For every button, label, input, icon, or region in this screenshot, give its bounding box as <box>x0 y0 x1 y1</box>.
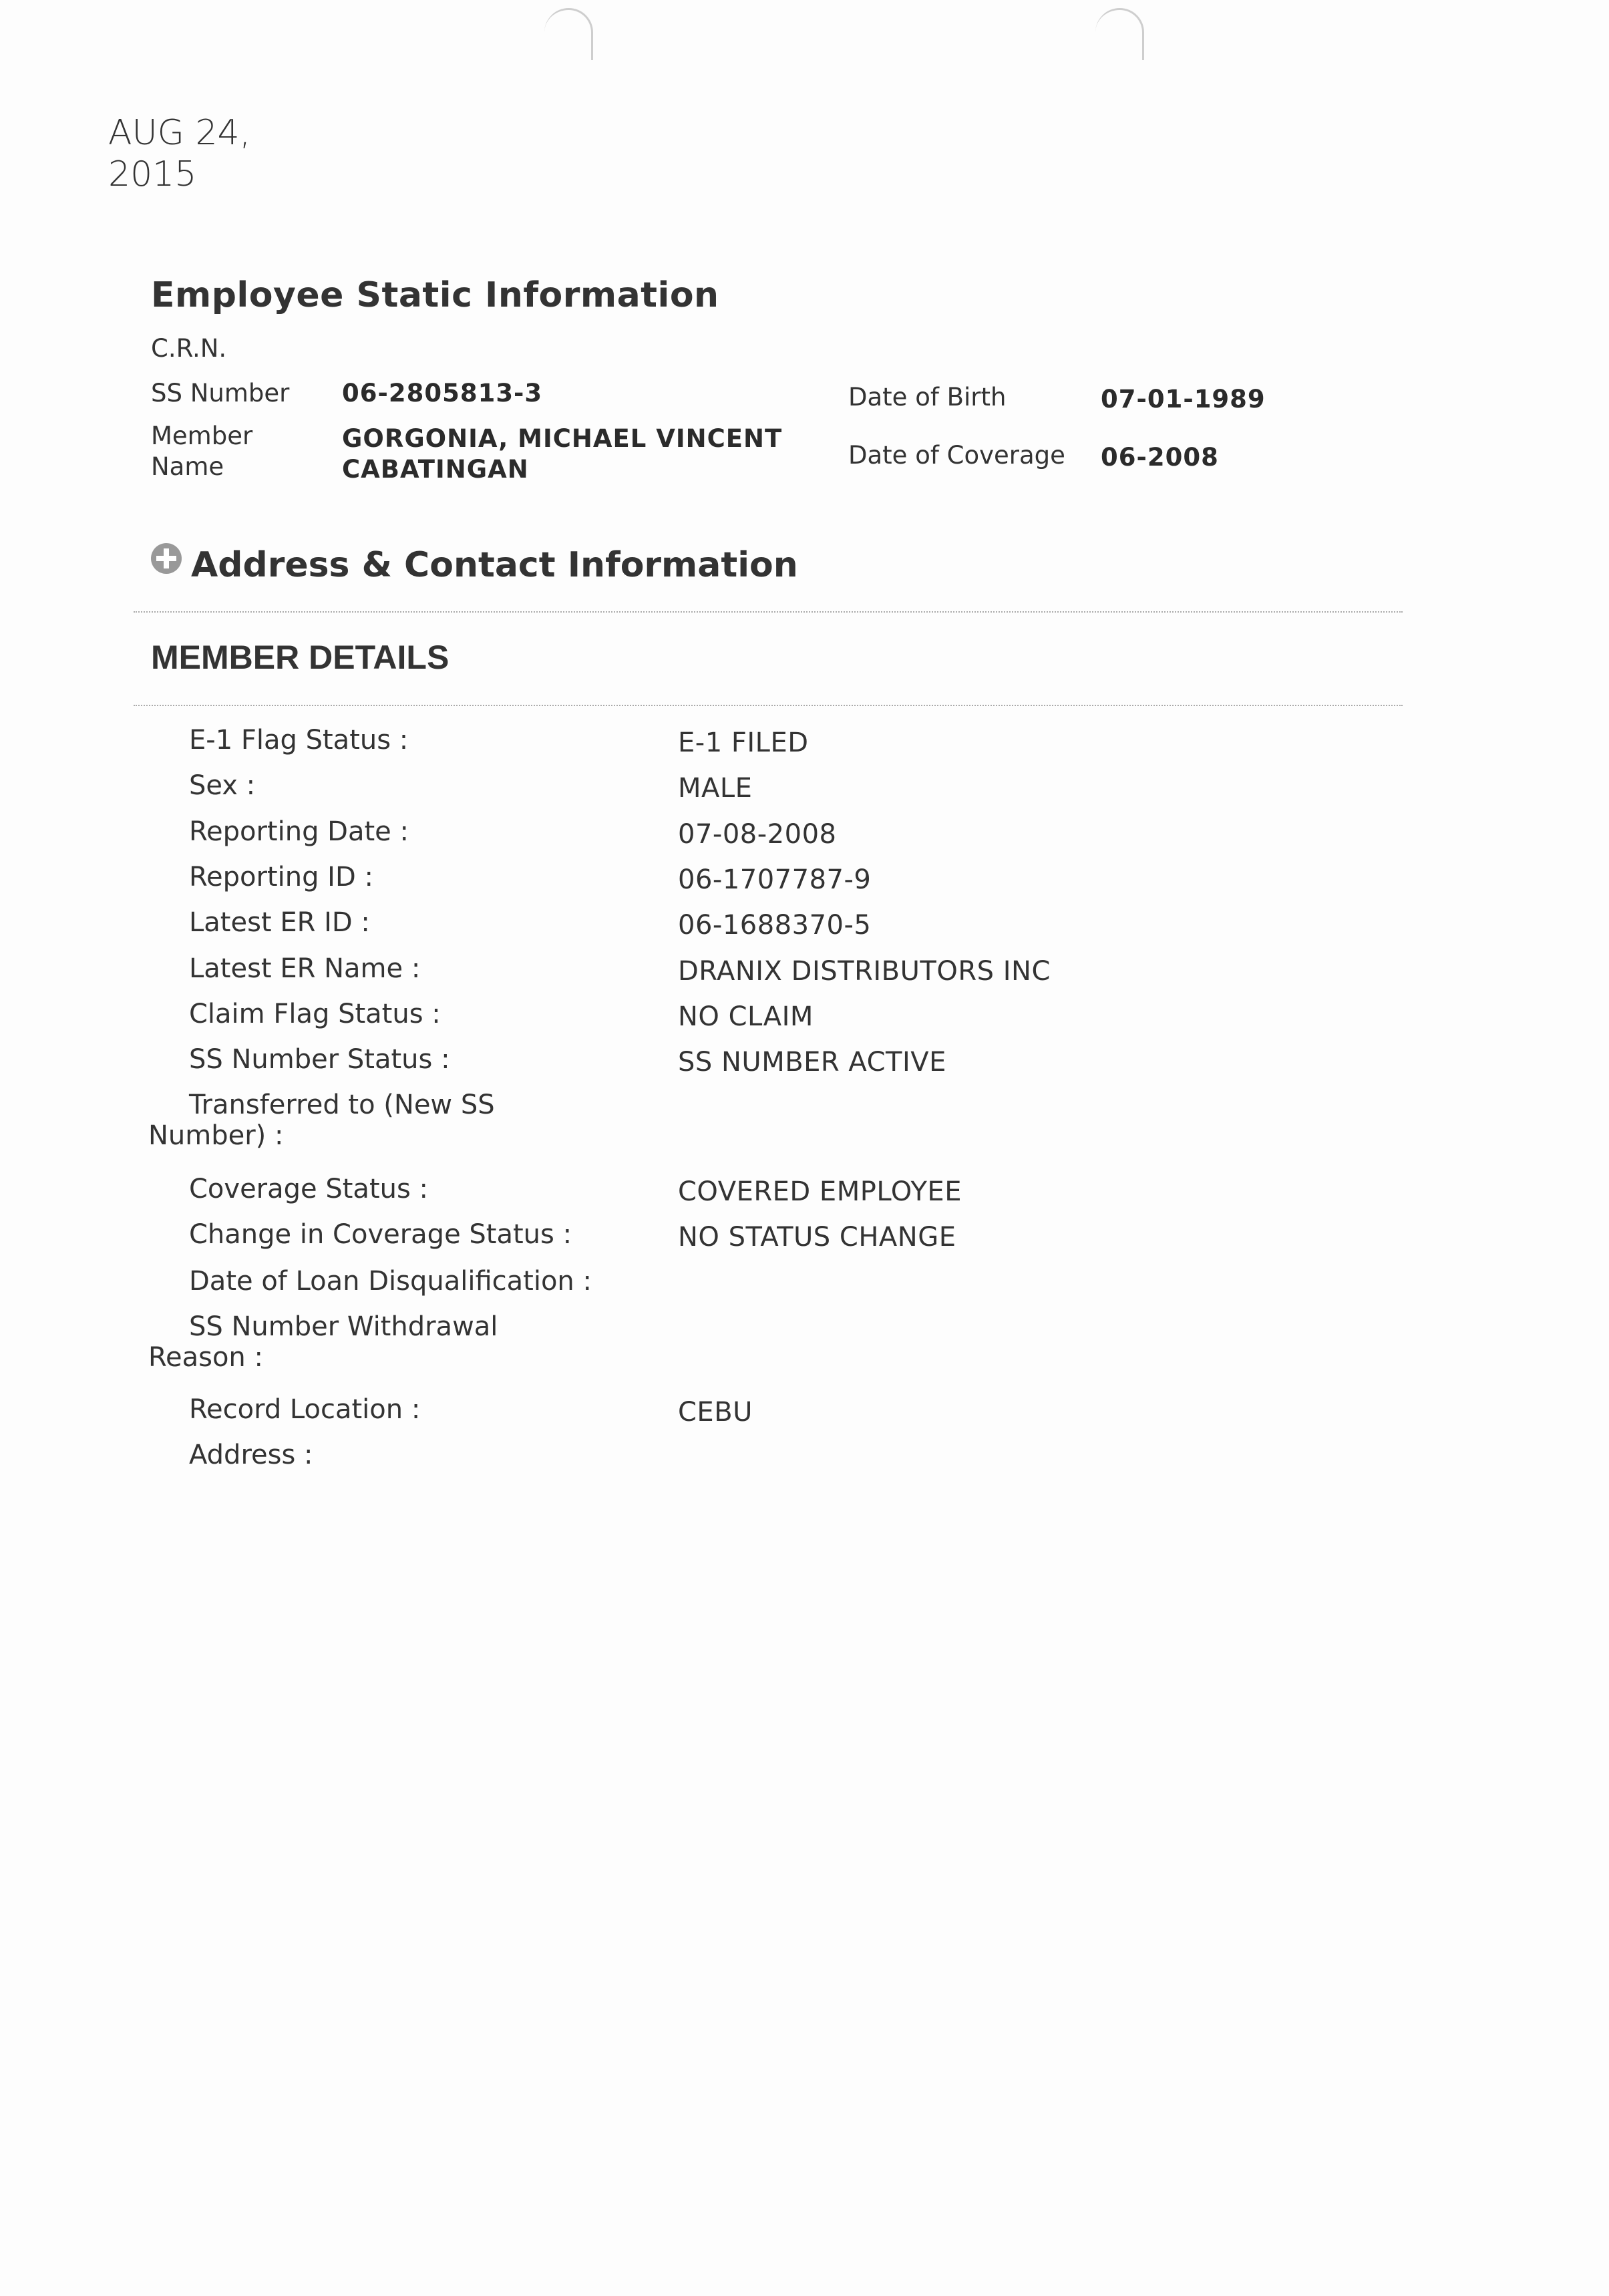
divider <box>134 611 1403 613</box>
detail-value: DRANIX DISTRIBUTORS INC <box>678 956 1051 987</box>
detail-label: SS Number Withdrawal <box>189 1311 498 1342</box>
punch-hole-mark <box>544 8 593 60</box>
detail-label-continued: Reason : <box>148 1342 263 1373</box>
address-contact-title: Address & Contact Information <box>191 545 798 585</box>
member-name-label-line2: Name <box>151 452 252 482</box>
detail-label: E-1 Flag Status : <box>189 725 408 756</box>
address-contact-section[interactable]: Address & Contact Information <box>151 545 798 585</box>
divider <box>134 705 1403 706</box>
detail-label: Claim Flag Status : <box>189 999 441 1029</box>
detail-label: Coverage Status : <box>189 1174 428 1204</box>
detail-label: Change in Coverage Status : <box>189 1219 572 1250</box>
print-date: AUG 24, 2015 <box>108 112 250 195</box>
detail-label: SS Number Status : <box>189 1044 450 1075</box>
member-name-value-line1: GORGONIA, MICHAEL VINCENT <box>342 424 782 454</box>
detail-label: Record Location : <box>189 1394 420 1425</box>
ss-number-label: SS Number <box>151 379 289 407</box>
detail-label: Sex : <box>189 770 255 801</box>
detail-value: MALE <box>678 773 752 804</box>
detail-value: CEBU <box>678 1397 753 1428</box>
detail-value: SS NUMBER ACTIVE <box>678 1047 946 1078</box>
detail-label: Date of Loan Disqualification : <box>189 1266 592 1297</box>
detail-label: Latest ER ID : <box>189 907 370 938</box>
detail-label: Latest ER Name : <box>189 953 420 984</box>
coverage-label: Date of Coverage <box>848 441 1065 470</box>
member-details-title: MEMBER DETAILS <box>151 638 449 677</box>
coverage-value: 06-2008 <box>1101 443 1219 472</box>
member-name-value-line2: CABATINGAN <box>342 454 782 485</box>
member-name-value: GORGONIA, MICHAEL VINCENT CABATINGAN <box>342 424 782 485</box>
detail-label: Reporting Date : <box>189 816 409 847</box>
dob-label: Date of Birth <box>848 383 1006 412</box>
employee-static-title: Employee Static Information <box>151 275 719 315</box>
detail-label-continued: Number) : <box>148 1120 283 1151</box>
detail-label: Transferred to (New SS <box>189 1090 495 1120</box>
member-name-label-line1: Member <box>151 421 252 452</box>
detail-label: Address : <box>189 1440 313 1470</box>
detail-value: 06-1707787-9 <box>678 864 871 895</box>
crn-label: C.R.N. <box>151 334 226 363</box>
detail-label: Reporting ID : <box>189 862 373 892</box>
detail-value: NO STATUS CHANGE <box>678 1222 956 1253</box>
dob-value: 07-01-1989 <box>1101 385 1266 414</box>
plus-circle-icon[interactable] <box>151 543 182 574</box>
detail-value: E-1 FILED <box>678 727 809 758</box>
ss-number-value: 06-2805813-3 <box>342 379 542 407</box>
detail-value: 06-1688370-5 <box>678 910 871 941</box>
member-name-label: Member Name <box>151 421 252 482</box>
print-date-line2: 2015 <box>108 154 250 195</box>
punch-hole-mark <box>1095 8 1144 60</box>
print-date-line1: AUG 24, <box>108 112 250 154</box>
detail-value: 07-08-2008 <box>678 819 836 850</box>
detail-value: NO CLAIM <box>678 1001 814 1032</box>
detail-value: COVERED EMPLOYEE <box>678 1176 962 1207</box>
